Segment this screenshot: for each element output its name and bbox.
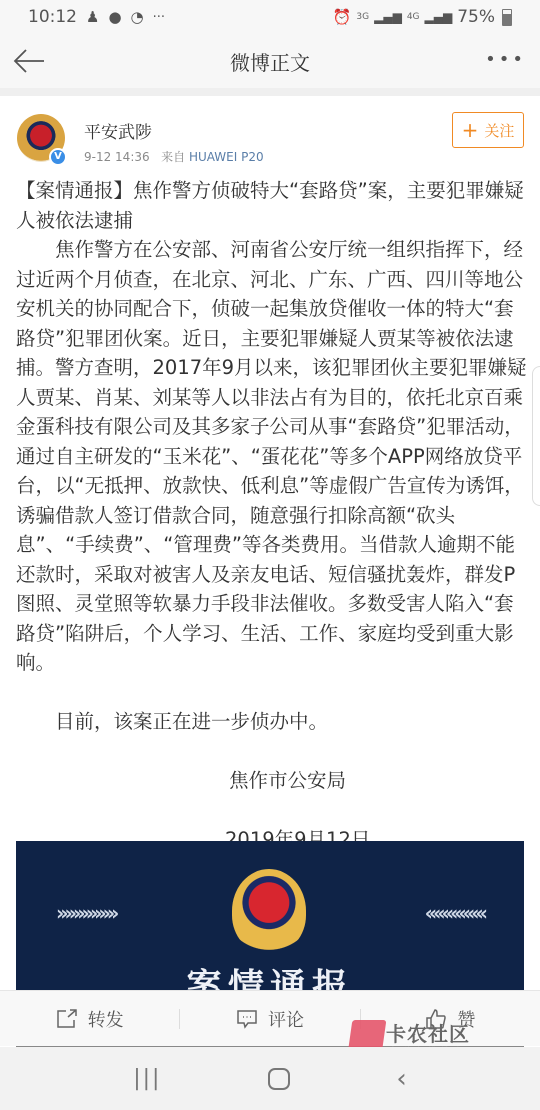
battery-percent: 75% [457,7,495,27]
status-bar: 10:12 ♟ ● ◔ ··· ⏰ 3G ▂▄▆ 4G ▂▄▆ 75% [0,0,540,34]
author-name[interactable]: 平安武陟 [84,118,152,143]
more-notifications-icon: ··· [153,10,165,25]
repost-button[interactable]: 转发 [0,1006,179,1032]
post-headline: 【案情通报】焦作警方侦破特大“套路贷”案，主要犯罪嫌疑人被依法逮捕 [16,176,528,235]
system-back-icon[interactable]: ‹ [396,1064,406,1094]
post-source[interactable]: HUAWEI P20 [189,150,264,164]
recent-apps-icon[interactable]: ||| [133,1066,161,1091]
alarm-icon: ⏰ [333,8,352,26]
post-meta: 9-12 14:36 来自 HUAWEI P20 [84,148,264,165]
wechat-icon: ● [108,8,121,26]
battery-icon [502,9,512,26]
verified-badge-icon: V [49,148,67,166]
post-timestamp: 9-12 14:36 [84,150,150,164]
more-options-icon[interactable]: ••• [485,54,526,66]
system-nav-bar: ||| ‹ [0,1047,540,1110]
follow-label: 关注 [484,120,514,141]
follow-button[interactable]: + 关注 [452,112,524,148]
source-prefix: 来自 [161,150,185,164]
post-paragraph: 目前，该案正在进一步侦办中。 [16,707,528,737]
post-signature: 焦作市公安局 [16,766,528,796]
back-arrow-icon[interactable] [12,46,46,76]
comment-icon [236,1009,258,1029]
nav-divider [0,88,540,96]
signal-bars-icon: ▂▄▆ [374,10,402,24]
scroll-handle[interactable] [532,366,540,506]
share-icon [56,1009,78,1029]
police-emblem-icon [232,869,306,953]
post-image[interactable]: ›››››››››››››› ‹‹‹‹‹‹‹‹‹‹‹‹‹‹ 案情通报 [16,841,524,997]
repost-label: 转发 [88,1006,124,1032]
home-icon[interactable] [268,1068,290,1090]
plus-icon: + [462,120,479,140]
chevrons-right-decoration: ›››››››››››››› [56,901,115,925]
chevrons-left-decoration: ‹‹‹‹‹‹‹‹‹‹‹‹‹‹ [425,901,484,925]
nav-bar: 微博正文 ••• [0,34,540,88]
page-title: 微博正文 [230,47,310,76]
signal-4g-label: 4G [407,13,420,22]
qq-icon: ♟ [86,8,99,26]
signal-bars-icon: ▂▄▆ [425,10,453,24]
signal-3g-label: 3G [356,13,369,22]
post-body: 【案情通报】焦作警方侦破特大“套路贷”案，主要犯罪嫌疑人被依法逮捕 焦作警方在公… [16,176,528,855]
weibo-icon: ◔ [131,8,144,26]
post-paragraph: 焦作警方在公安部、河南省公安厅统一组织指挥下，经过近两个月侦查，在北京、河北、广… [16,235,528,678]
comment-button[interactable]: 评论 [180,1006,359,1032]
post-header: V 平安武陟 9-12 14:36 来自 HUAWEI P20 + 关注 [0,96,540,174]
status-time: 10:12 [28,7,77,27]
comment-label: 评论 [268,1006,304,1032]
